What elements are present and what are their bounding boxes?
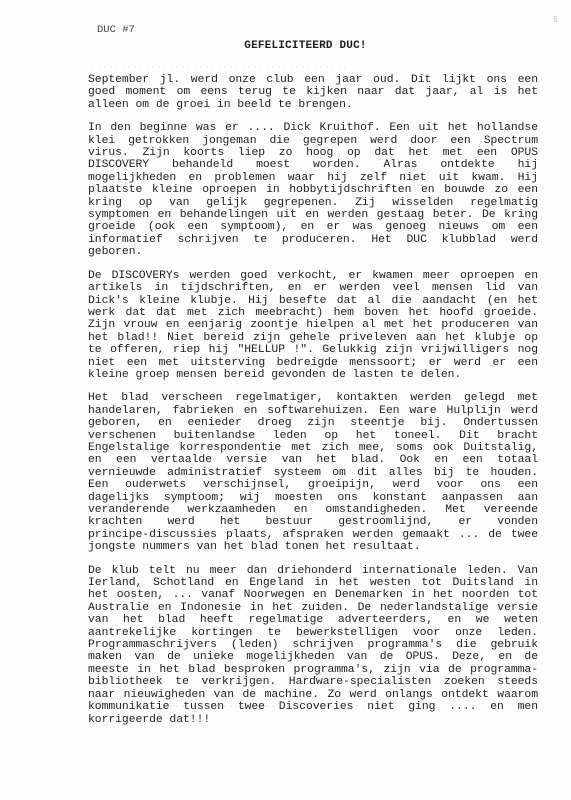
text-line: Australie en Indonesie in het zuiden. De… <box>88 602 538 614</box>
text-line: aantrekelijke kortingen te bewerkstellig… <box>88 627 538 639</box>
text-line: niet een met uitsterving bedreigde menss… <box>88 357 538 369</box>
text-line: en een vertaalde versie van het blad. Oo… <box>88 454 538 466</box>
text-line: kleine groep mensen bereid gevonden de l… <box>88 369 538 381</box>
text-line: Programmaschrijvers (leden) schrijven pr… <box>88 639 538 651</box>
text-line: Een ouderwets verschijnsel, groeipijn, w… <box>88 479 538 491</box>
text-line: van het blad heeft regelmatige adverteer… <box>88 614 538 626</box>
paragraph: In den beginne was er .... Dick Kruithof… <box>88 122 538 258</box>
text-line: Het blad verscheen regelmatiger, kontakt… <box>88 392 538 404</box>
issue-header: DUC #7 <box>97 24 135 36</box>
text-line: De DISCOVERYs werden goed verkocht, er k… <box>88 270 538 282</box>
text-line: handelaren, fabrieken en softwarehuizen.… <box>88 405 538 417</box>
paragraph: De DISCOVERYs werden goed verkocht, er k… <box>88 270 538 382</box>
article-title: GEFELICITEERD DUC! <box>0 40 571 52</box>
text-line: veranderende werkzaamheden en omstandigh… <box>88 504 538 516</box>
text-line: DISCOVERY behandeld moest worden. Alras … <box>88 159 538 171</box>
article-body: September jl. werd onze club een jaar ou… <box>88 74 538 737</box>
text-line: Zijn vrouw en eenjarig zoontje hielpen a… <box>88 319 538 331</box>
text-line: alleen om de groei in beeld te brengen. <box>88 99 538 111</box>
text-line: werk dat dat met zich meebracht) hem bov… <box>88 307 538 319</box>
text-line: Dick's kleine klubje. Hij besefte dat al… <box>88 295 538 307</box>
text-line: plaatste kleine oproepen in hobbytijdsch… <box>88 184 538 196</box>
text-line: krachten werd het bestuur gestroomlijnd,… <box>88 516 538 528</box>
text-line: informatief schrijven te produceren. Het… <box>88 234 538 246</box>
page-number-mark: 5 <box>553 16 558 25</box>
text-line: naar nieuwigheden van de machine. Zo wer… <box>88 689 538 701</box>
paragraph: De klub telt nu meer dan driehonderd int… <box>88 565 538 726</box>
text-line: geboren. <box>88 246 538 258</box>
text-line: Ierland, Schotland en Engeland in het we… <box>88 577 538 589</box>
text-line: principe-discussies plaats, afspraken we… <box>88 529 538 541</box>
text-line: meeste in het blad besproken programma's… <box>88 664 538 676</box>
text-line: kring op van gelijk gegrepenen. Zij wiss… <box>88 197 538 209</box>
paragraph: Het blad verscheen regelmatiger, kontakt… <box>88 392 538 553</box>
text-line: kommunikatie tussen twee Discoveries nie… <box>88 701 538 713</box>
text-line: jongste nummers van het blad tonen het r… <box>88 541 538 553</box>
text-line: symptomen en behandelingen uit en werden… <box>88 209 538 221</box>
text-line: virus. Zijn koorts liep zo hoog op dat h… <box>88 147 538 159</box>
text-line: groeide (ook een symptoom), en er was ge… <box>88 221 538 233</box>
text-line: het oosten, ... vanaf Noorwegen en Denem… <box>88 589 538 601</box>
text-line: verschenen buitenlandse leden op het ton… <box>88 430 538 442</box>
bleed-through-text: ........................................… <box>90 61 348 72</box>
text-line: goed moment om eens terug te kijken naar… <box>88 86 538 98</box>
text-line: September jl. werd onze club een jaar ou… <box>88 74 538 86</box>
text-line: klei getrokken jongeman die gegrepen wer… <box>88 135 538 147</box>
text-line: te offeren, riep hij "HELLUP !". Gelukki… <box>88 344 538 356</box>
text-line: Engelstalige korrespondentie met zich me… <box>88 442 538 454</box>
text-line: artikels in tijdschriften, en er werden … <box>88 282 538 294</box>
paragraph: September jl. werd onze club een jaar ou… <box>88 74 538 111</box>
text-line: geboren, en eenieder droeg zijn steentje… <box>88 417 538 429</box>
document-page: 5 DUC #7 GEFELICITEERD DUC! ............… <box>0 0 571 800</box>
text-line: In den beginne was er .... Dick Kruithof… <box>88 122 538 134</box>
text-line: De klub telt nu meer dan driehonderd int… <box>88 565 538 577</box>
text-line: dagelijks symptoom; wij moesten ons kons… <box>88 492 538 504</box>
text-line: vernieuwde administratief systeem om dit… <box>88 467 538 479</box>
text-line: korrigeerde dat!!! <box>88 714 538 726</box>
text-line: maken van de unieke mogelijkheden van de… <box>88 651 538 663</box>
text-line: het blad!! Niet bereid zijn gehele prive… <box>88 332 538 344</box>
text-line: bibliotheek te verkrijgen. Hardware-spec… <box>88 676 538 688</box>
text-line: mogelijkheden en problemen waar hij zelf… <box>88 172 538 184</box>
